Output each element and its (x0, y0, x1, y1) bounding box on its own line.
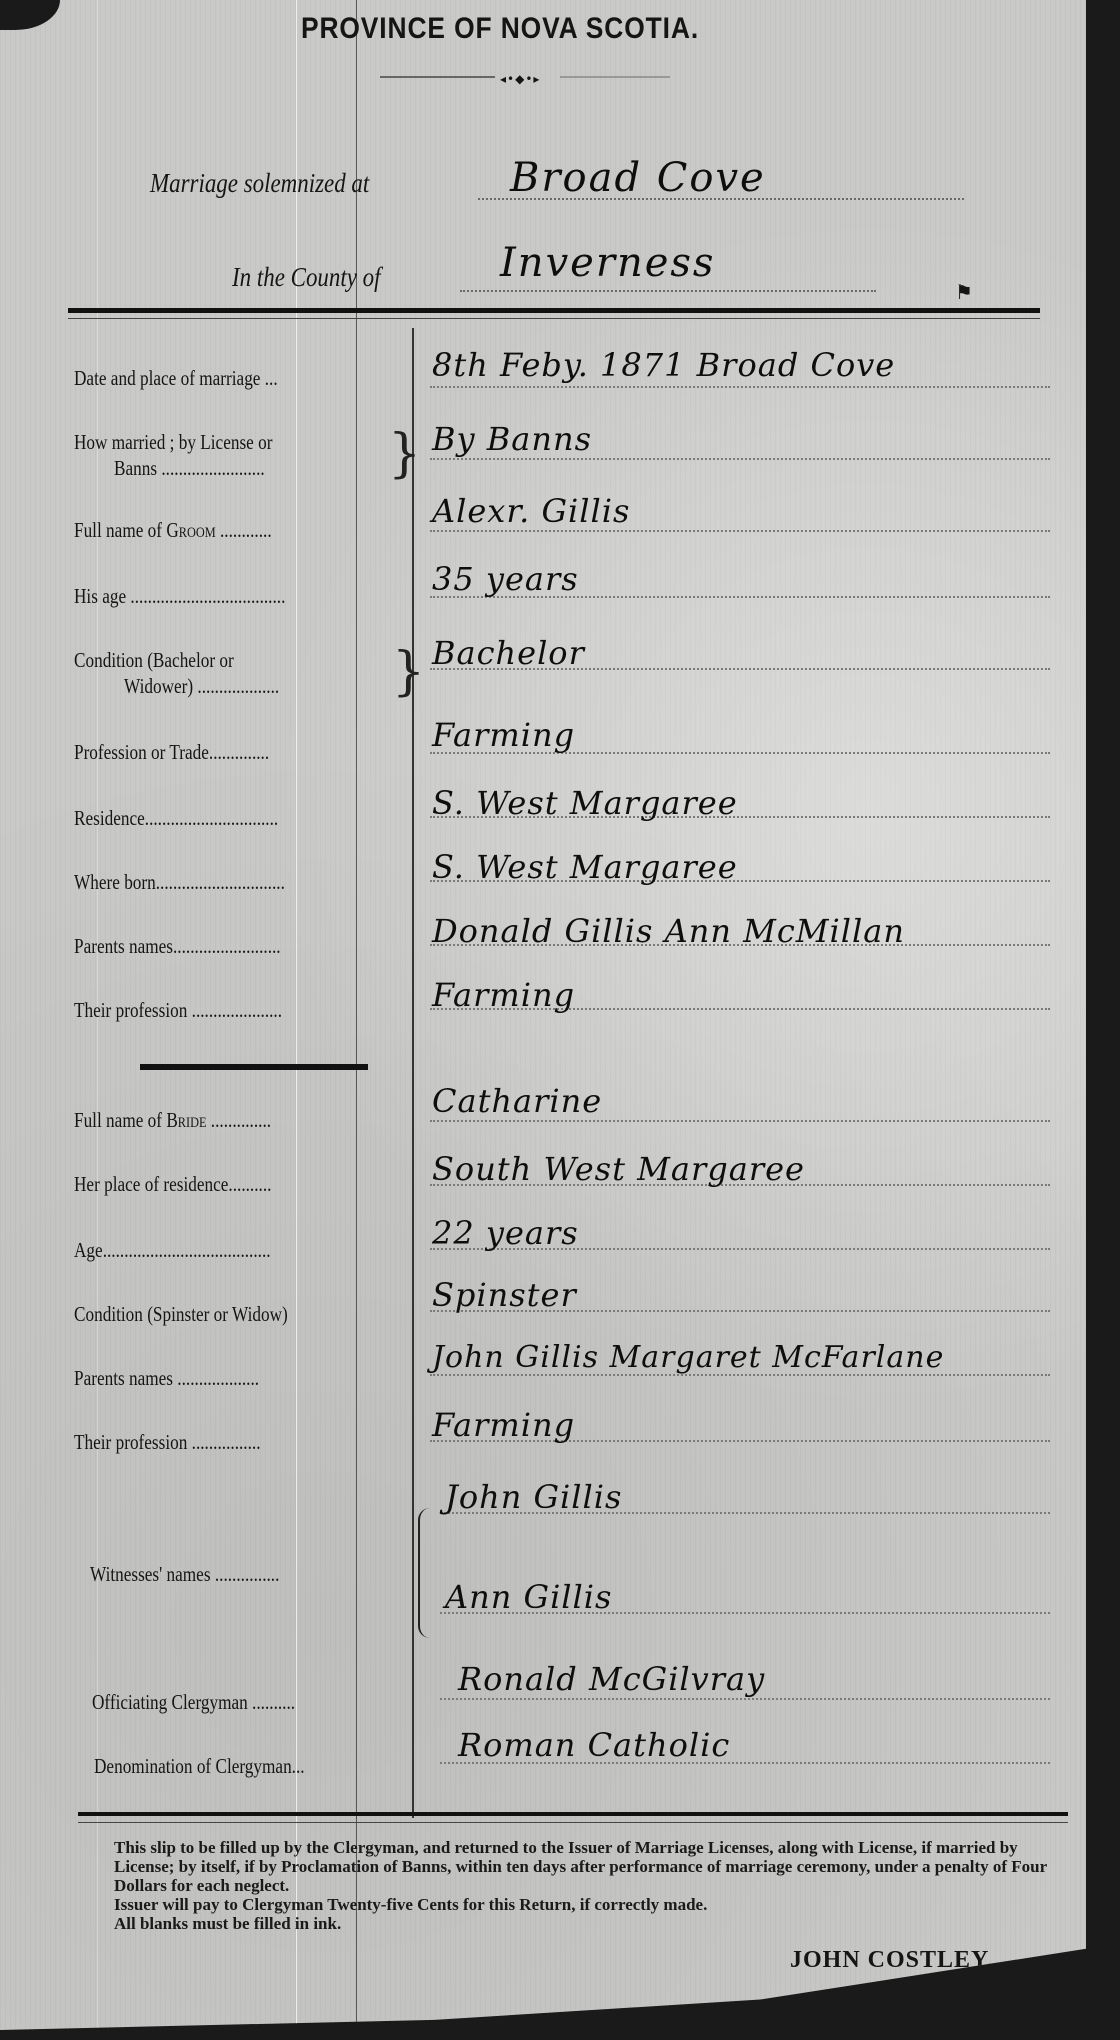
field-value: Spinster (432, 1276, 577, 1314)
field-value: Farming (432, 1406, 575, 1444)
field-value: 8th Feby. 1871 Broad Cove (432, 346, 895, 384)
footer-instructions: This slip to be filled up by the Clergym… (92, 1838, 1082, 1933)
brace: } (392, 646, 425, 698)
field-label: Date and place of marriage ... (74, 366, 278, 390)
witness-name-1: John Gillis (445, 1478, 622, 1516)
field-label: His age ................................… (74, 584, 285, 608)
field-label: How married ; by License or (74, 430, 272, 454)
footer-rule-thin (78, 1822, 1068, 1823)
field-value: S. West Margaree (432, 848, 738, 886)
section-divider (140, 1064, 368, 1070)
scan-corner-shadow (0, 0, 60, 30)
label-text: Full name of (74, 1108, 166, 1132)
county-value: Inverness (500, 240, 715, 286)
county-dots (460, 290, 876, 292)
label-text: Full name of (74, 518, 166, 542)
header-rule-thin (68, 318, 1040, 319)
field-label: Her place of residence.......... (74, 1172, 271, 1196)
field-value: Bachelor (432, 634, 585, 672)
field-label: Profession or Trade.............. (74, 740, 269, 764)
field-label: Condition (Bachelor or (74, 648, 234, 672)
document-title: PROVINCE OF NOVA SCOTIA. (60, 12, 940, 46)
field-value: South West Margaree (432, 1150, 805, 1188)
header-rule (68, 308, 1040, 313)
field-value: 35 years (432, 560, 579, 598)
label-text: Bride (166, 1108, 206, 1132)
field-value: Roman Catholic (458, 1726, 730, 1764)
field-value: Farming (432, 976, 575, 1014)
label-text: Groom (166, 518, 215, 542)
marriage-record-page: PROVINCE OF NOVA SCOTIA. ◂•◆•▸ Marriage … (0, 0, 1086, 2030)
field-label: Banns ........................ (114, 456, 265, 480)
solemnized-place-value: Broad Cove (510, 155, 766, 201)
field-label: Parents names......................... (74, 934, 281, 958)
field-label: Parents names ................... (74, 1366, 259, 1390)
field-value: Ronald McGilvray (458, 1660, 765, 1698)
field-value: Alexr. Gillis (432, 492, 630, 530)
field-value: John Gillis Margaret McFarlane (432, 1340, 944, 1375)
fill-line (430, 530, 1050, 532)
brace (418, 1508, 434, 1638)
field-value: 22 years (432, 1214, 579, 1252)
field-label: Full name of Groom ............ (74, 518, 272, 542)
field-label: Condition (Spinster or Widow) (74, 1302, 288, 1326)
field-label: Full name of Bride .............. (74, 1108, 271, 1132)
field-value: S. West Margaree (432, 784, 738, 822)
label-text: ............ (216, 518, 272, 542)
scan-artifact-line (296, 0, 297, 2030)
fill-line (430, 386, 1050, 388)
signatory-name: JOHN COSTLEY, (790, 1947, 994, 1974)
county-label: In the County of (232, 262, 381, 293)
scan-artifact-line (356, 0, 357, 2030)
title-ornament: ◂•◆•▸ (380, 72, 600, 82)
fill-line (430, 1120, 1050, 1122)
fill-line (430, 458, 1050, 460)
signatory-title: Sec. Board of Statistics. (862, 1982, 1008, 1999)
label-text: .............. (207, 1108, 272, 1132)
instructions-text: This slip to be filled up by the Clergym… (92, 1838, 1082, 1895)
field-value: Farming (432, 716, 575, 754)
field-label: Where born.............................. (74, 870, 285, 894)
field-value: Donald Gillis Ann McMillan (432, 912, 905, 950)
ink-note: All blanks must be filled in ink. (92, 1914, 1082, 1933)
field-label: Their profession ..................... (74, 998, 282, 1022)
field-value: Catharine (432, 1082, 602, 1120)
field-label: Residence............................... (74, 806, 278, 830)
witness-name-2: Ann Gillis (445, 1578, 612, 1616)
field-label: Age.....................................… (74, 1238, 271, 1262)
ink-mark: ⚑ (955, 280, 973, 304)
column-divider (412, 328, 414, 1818)
brace: } (388, 428, 421, 480)
field-label: Their profession ................ (74, 1430, 261, 1454)
field-value: By Banns (432, 420, 592, 458)
witnesses-label: Witnesses' names ............... (90, 1562, 279, 1586)
solemnized-label: Marriage solemnized at (150, 168, 369, 199)
field-label: Denomination of Clergyman... (94, 1754, 305, 1778)
fill-line (440, 1698, 1050, 1700)
footer-rule (78, 1812, 1068, 1816)
field-label: Officiating Clergyman .......... (92, 1690, 295, 1714)
payment-text: Issuer will pay to Clergyman Twenty-five… (92, 1895, 1082, 1914)
field-label: Widower) ................... (124, 674, 279, 698)
